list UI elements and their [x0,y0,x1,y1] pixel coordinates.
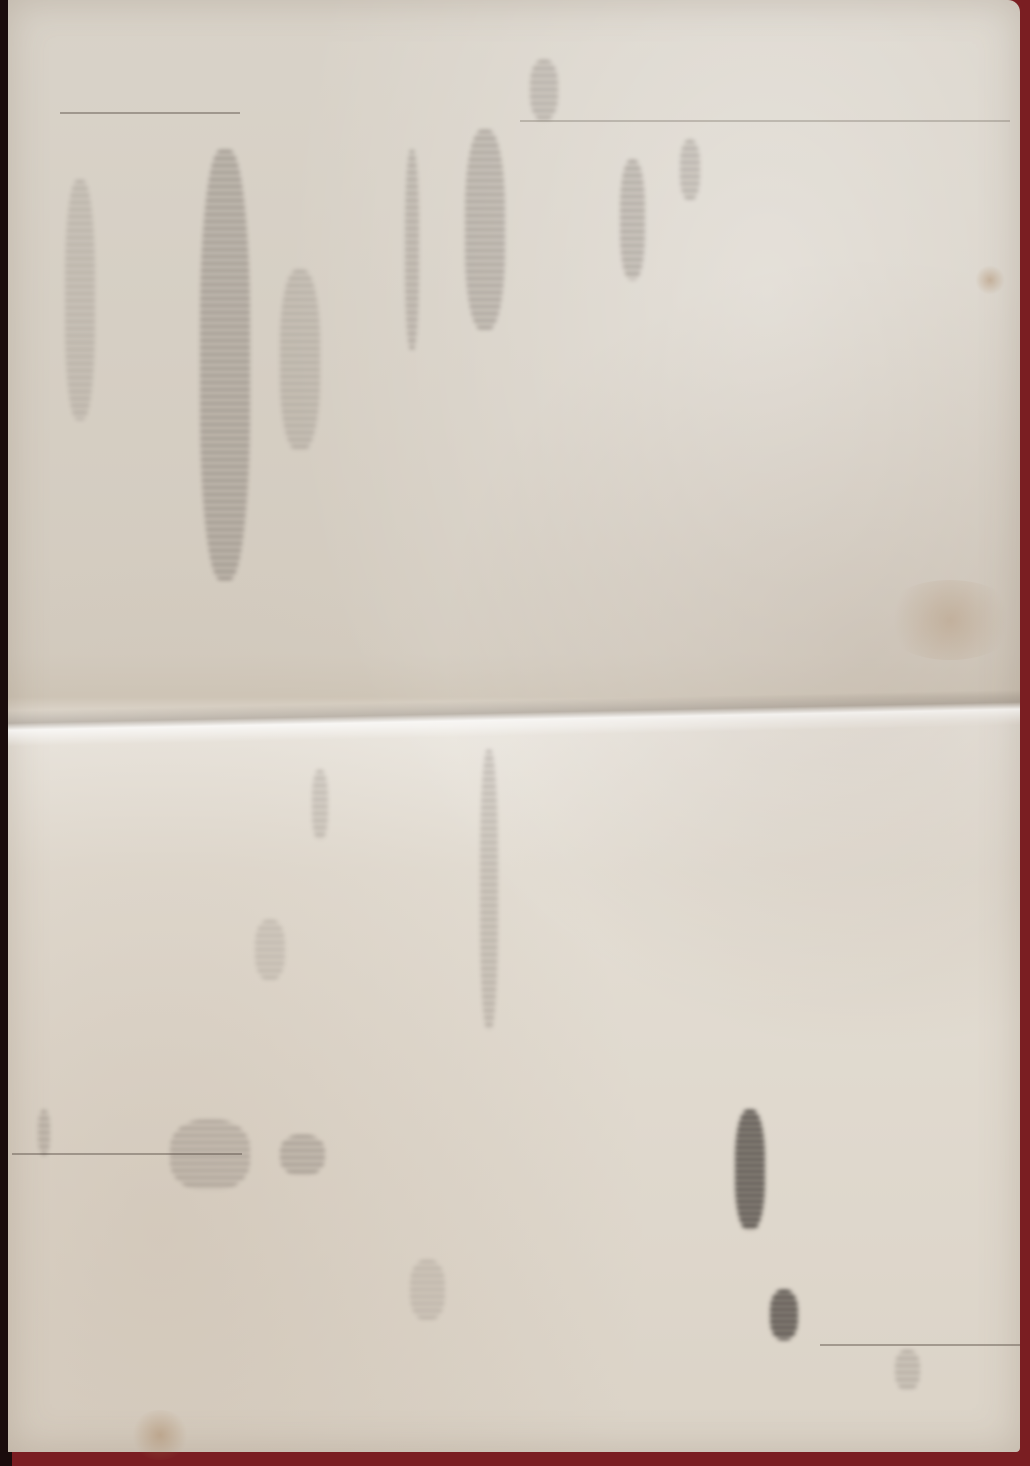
ink-bleed-mark [465,130,505,330]
ink-bleed-mark [735,1110,765,1230]
ruled-line-bottom-right [820,1344,1020,1346]
ink-bleed-mark [480,750,498,1030]
ink-bleed-mark [770,1290,798,1340]
ink-bleed-mark [200,150,250,580]
ruled-line-top-left [60,112,240,114]
ink-bleed-mark [680,140,700,200]
ink-bleed-mark [530,60,558,120]
ink-bleed-mark [895,1350,920,1390]
stain [975,265,1005,295]
ink-bleed-mark [255,920,285,980]
ruled-line-top-right [520,120,1010,122]
ink-bleed-mark [38,1110,50,1155]
ink-bleed-mark [410,1260,445,1320]
ink-bleed-mark [65,180,95,420]
ink-bleed-mark [405,150,419,350]
stain [880,580,1020,660]
ink-bleed-mark [280,1135,325,1175]
ink-bleed-mark [170,1120,250,1190]
stain [130,1410,190,1460]
ink-bleed-mark [280,270,320,450]
ink-bleed-mark [312,770,328,840]
photo-scene [0,0,1030,1466]
ink-bleed-mark [620,160,645,280]
